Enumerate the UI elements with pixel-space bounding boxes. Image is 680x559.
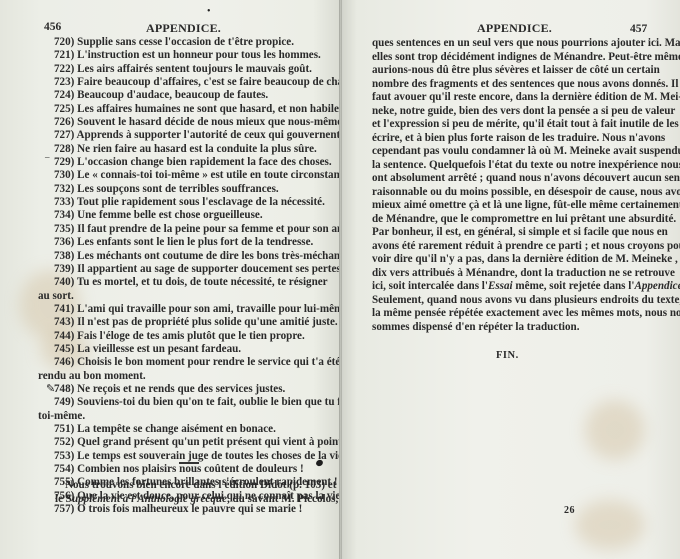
maxim-text: Il faut prendre de la peine pour sa femm… xyxy=(77,223,352,235)
maxim-number: 739) xyxy=(54,263,74,276)
maxim-text: Quel grand présent qu'un petit présent q… xyxy=(77,436,348,448)
maxim-text: Une femme belle est chose orgueilleuse. xyxy=(77,209,262,221)
maxim-number: 723) xyxy=(54,76,74,89)
maxim-text: Apprends à supporter l'autorité de ceux … xyxy=(77,129,343,141)
body-paragraph: ques sentences en un seul vers que nous … xyxy=(372,37,654,334)
maxim-number: 725) xyxy=(54,103,74,116)
italic-title: Essai xyxy=(488,280,513,292)
maxim-text: Combien nos plaisirs nous coûtent de dou… xyxy=(77,463,304,475)
maxim-entry: 749) Souviens-toi du bien qu'on te fait,… xyxy=(54,396,334,409)
maxim-entry: 732) Les soupçons sont de terribles souf… xyxy=(54,183,334,196)
maxim-entry: 751) La tempête se change aisément en bo… xyxy=(54,423,334,436)
paragraph-line: neke, notre guide, bien des vers dont la… xyxy=(372,105,654,119)
paragraph-line: de Ménandre, que le compromettre en lui … xyxy=(372,213,654,227)
maxim-text: Ne reçois et ne rends que des services j… xyxy=(77,383,285,395)
maxim-entry: 720) Supplie sans cesse l'occasion de t'… xyxy=(54,36,334,49)
maxim-text: L'occasion change bien rapidement la fac… xyxy=(77,156,332,168)
paragraph-line: avons été rarement réduit à prendre ce p… xyxy=(372,240,654,254)
page-number-right: 457 xyxy=(630,23,647,35)
maxim-number: 754) xyxy=(54,463,74,476)
maxim-number: 727) xyxy=(54,129,74,142)
paragraph-line: cependant pas voulu condamner là où M. M… xyxy=(372,145,654,159)
maxim-text: Les affaires humaines ne sont que hasard… xyxy=(77,103,350,115)
maxim-text: Les enfants sont le lien le plus fort de… xyxy=(77,236,313,248)
age-stain xyxy=(575,500,645,550)
maxim-number: 751) xyxy=(54,423,74,436)
maxim-number: 748) xyxy=(54,383,74,396)
page-number-left: 456 xyxy=(44,21,61,33)
paragraph-line: faut avouer qu'il reste encore, dans la … xyxy=(372,91,654,105)
maxim-text: Il appartient au sage de supporter douce… xyxy=(77,263,343,275)
paragraph-line: ici, soit intercalée dans l'Essai même, … xyxy=(372,280,654,294)
signature-mark: 26 xyxy=(564,505,575,516)
paragraph-line: raisonnable ou du moins possible, en dés… xyxy=(372,186,654,200)
running-head-left: APPENDICE. xyxy=(146,21,221,36)
maxim-continuation: toi-même. xyxy=(38,410,334,423)
paragraph-line: elles sont trop décidément indignes de M… xyxy=(372,51,654,65)
maxim-entry: 728) Ne rien faire au hasard est la cond… xyxy=(54,143,334,156)
maxim-entry: 746) Choisis le bon moment pour rendre l… xyxy=(54,356,334,369)
maxim-text: Les méchants ont coutume de dire les bon… xyxy=(77,250,351,262)
maxim-text: L'ami qui travaille pour son ami, travai… xyxy=(77,303,351,315)
section-rule xyxy=(179,462,199,464)
maxim-entry: 744) Fais l'éloge de tes amis plutôt que… xyxy=(54,330,334,343)
ink-speck: • xyxy=(207,6,211,17)
paragraph-line: Nous trouvons bien encore dans l'édition… xyxy=(55,479,322,493)
maxim-entry: 741) L'ami qui travaille pour son ami, t… xyxy=(54,303,334,316)
book-gutter xyxy=(339,0,342,559)
paragraph-line: Par bonheur, il est, en général, si simp… xyxy=(372,226,654,240)
maxim-entry: 739) Il appartient au sage de supporter … xyxy=(54,263,334,276)
maxim-text: Supplie sans cesse l'occasion de t'être … xyxy=(77,36,294,48)
margin-hand-mark: ✎ xyxy=(46,382,55,395)
maxim-number: 729) xyxy=(54,156,74,169)
maxim-entry: 740) Tu es mortel, et tu dois, de toute … xyxy=(54,276,334,289)
maxim-text: L'instruction est un honneur pour tous l… xyxy=(77,49,321,61)
maxim-text: Souviens-toi du bien qu'on te fait, oubl… xyxy=(77,396,354,408)
maxim-number: 726) xyxy=(54,116,74,129)
running-head-right: APPENDICE. xyxy=(477,21,552,36)
paragraph-line: la même pensée répétée exactement avec l… xyxy=(372,307,654,321)
maxim-number: 746) xyxy=(54,356,74,369)
maxim-number: 736) xyxy=(54,236,74,249)
paragraph-line: ques sentences en un seul vers que nous … xyxy=(372,37,654,51)
maxim-entry: 754) Combien nos plaisirs nous coûtent d… xyxy=(54,463,334,476)
maxim-number: 732) xyxy=(54,183,74,196)
paragraph-line: voir dire qu'il n'y a pas, dans la derni… xyxy=(372,253,654,267)
maxim-number: 741) xyxy=(54,303,74,316)
maxim-entry: 743) Il n'est pas de propriété plus soli… xyxy=(54,316,334,329)
maxim-number: 720) xyxy=(54,36,74,49)
maxim-entry: 723) Faire beaucoup d'affaires, c'est se… xyxy=(54,76,334,89)
paragraph-line: la sentence. Quelquefois l'état du texte… xyxy=(372,159,654,173)
maxim-text: Il n'est pas de propriété plus solide qu… xyxy=(77,316,338,328)
left-page: 456 APPENDICE. • 720) Supplie sans cesse… xyxy=(0,0,340,559)
maxim-text: Beaucoup d'audace, beaucoup de fautes. xyxy=(77,89,268,101)
maxim-continuation: au sort. xyxy=(38,290,334,303)
text-run: ici, soit intercalée dans l' xyxy=(372,280,488,292)
maxim-entry: 721) L'instruction est un honneur pour t… xyxy=(54,49,334,62)
maxims-list: 720) Supplie sans cesse l'occasion de t'… xyxy=(54,36,334,516)
maxim-number: 745) xyxy=(54,343,74,356)
maxim-number: 733) xyxy=(54,196,74,209)
paragraph-line: ont absolument arrêté ; quand nous n'avo… xyxy=(372,172,654,186)
maxim-text: La tempête se change aisément en bonace. xyxy=(77,423,276,435)
paragraph-line: dix vers attribués à Ménandre, dont la t… xyxy=(372,267,654,281)
maxim-number: 738) xyxy=(54,250,74,263)
paragraph-line: aurions-nous dû être plus sévères et lai… xyxy=(372,64,654,78)
maxim-entry: 734) Une femme belle est chose orgueille… xyxy=(54,209,334,222)
maxim-text: Les soupçons sont de terribles souffranc… xyxy=(77,183,279,195)
maxim-text: Tu es mortel, et tu dois, de toute néces… xyxy=(77,276,328,288)
maxim-number: 722) xyxy=(54,63,74,76)
maxim-text: Le temps est souverain juge de toutes le… xyxy=(77,450,346,462)
maxim-number: 724) xyxy=(54,89,74,102)
maxim-entry: 730) Le « connais-toi toi-même » est uti… xyxy=(54,169,334,182)
maxim-entry: 722) Les airs affairés sentent toujours … xyxy=(54,63,334,76)
maxim-continuation: rendu au bon moment. xyxy=(38,370,334,383)
maxim-number: 744) xyxy=(54,330,74,343)
maxim-number: 749) xyxy=(54,396,74,409)
maxim-text: Souvent le hasard décide de nous mieux q… xyxy=(77,116,349,128)
maxim-entry: 733) Tout plie rapidement sous l'esclava… xyxy=(54,196,334,209)
paragraph-line: sommes dispensé d'en répéter la traducti… xyxy=(372,321,654,335)
margin-dash-mark: – xyxy=(45,152,50,162)
paragraph-line: mieux aimé omettre çà et là une ligne, f… xyxy=(372,199,654,213)
maxim-entry: 738) Les méchants ont coutume de dire le… xyxy=(54,250,334,263)
maxim-entry: 725) Les affaires humaines ne sont que h… xyxy=(54,103,334,116)
paragraph-line: nombre des fragments et des sentences qu… xyxy=(372,78,654,92)
maxim-entry: 735) Il faut prendre de la peine pour sa… xyxy=(54,223,334,236)
maxim-entry: 753) Le temps est souverain juge de tout… xyxy=(54,450,334,463)
age-stain xyxy=(585,400,645,460)
maxim-number: 730) xyxy=(54,169,74,182)
maxim-text: Fais l'éloge de tes amis plutôt que le t… xyxy=(77,330,305,342)
paragraph-line: écrire, et à bien plus forte raison de l… xyxy=(372,132,654,146)
maxim-text: Ne rien faire au hasard est la conduite … xyxy=(77,143,317,155)
maxim-number: 743) xyxy=(54,316,74,329)
maxim-text: Le « connais-toi toi-même » est utile en… xyxy=(77,169,352,181)
maxim-text: Choisis le bon moment pour rendre le ser… xyxy=(77,356,340,368)
text-run: même, soit rejetée dans l' xyxy=(513,280,635,292)
maxim-entry: 736) Les enfants sont le lien le plus fo… xyxy=(54,236,334,249)
paragraph-line: et l'expression si peu de mérite, qu'il … xyxy=(372,118,654,132)
maxim-number: 734) xyxy=(54,209,74,222)
right-page: APPENDICE. 457 ques sentences en un seul… xyxy=(340,0,680,559)
maxim-number: 752) xyxy=(54,436,74,449)
maxim-entry: 726) Souvent le hasard décide de nous mi… xyxy=(54,116,334,129)
maxim-entry: 727) Apprends à supporter l'autorité de … xyxy=(54,129,334,142)
maxim-number: 753) xyxy=(54,450,74,463)
maxim-entry: 729) L'occasion change bien rapidement l… xyxy=(54,156,334,169)
italic-title: Appendice xyxy=(634,280,680,292)
maxim-number: 721) xyxy=(54,49,74,62)
maxim-text: Les airs affairés sentent toujours le ma… xyxy=(77,63,312,75)
maxim-number: 735) xyxy=(54,223,74,236)
maxim-entry: 724) Beaucoup d'audace, beaucoup de faut… xyxy=(54,89,334,102)
maxim-number: 728) xyxy=(54,143,74,156)
closing-paragraph: Nous trouvons bien encore dans l'édition… xyxy=(55,479,322,506)
maxim-text: Tout plie rapidement sous l'esclavage de… xyxy=(77,196,325,208)
maxim-number: 740) xyxy=(54,276,74,289)
book-spread: 456 APPENDICE. • 720) Supplie sans cesse… xyxy=(0,0,680,559)
maxim-entry: 745) La vieillesse est un pesant fardeau… xyxy=(54,343,334,356)
maxim-entry: 748) Ne reçois et ne rends que des servi… xyxy=(54,383,334,396)
maxim-text: La vieillesse est un pesant fardeau. xyxy=(77,343,241,355)
paragraph-line: le Supplément à l'Anthologie grecque, du… xyxy=(55,493,322,507)
book-title: Supplément à l'Anthologie grecque xyxy=(66,493,227,505)
fin-label: FIN. xyxy=(496,350,519,361)
maxim-entry: 752) Quel grand présent qu'un petit prés… xyxy=(54,436,334,449)
paragraph-line: Seulement, quand nous avons vu dans plus… xyxy=(372,294,654,308)
maxim-text: Faire beaucoup d'affaires, c'est se fair… xyxy=(77,76,365,88)
